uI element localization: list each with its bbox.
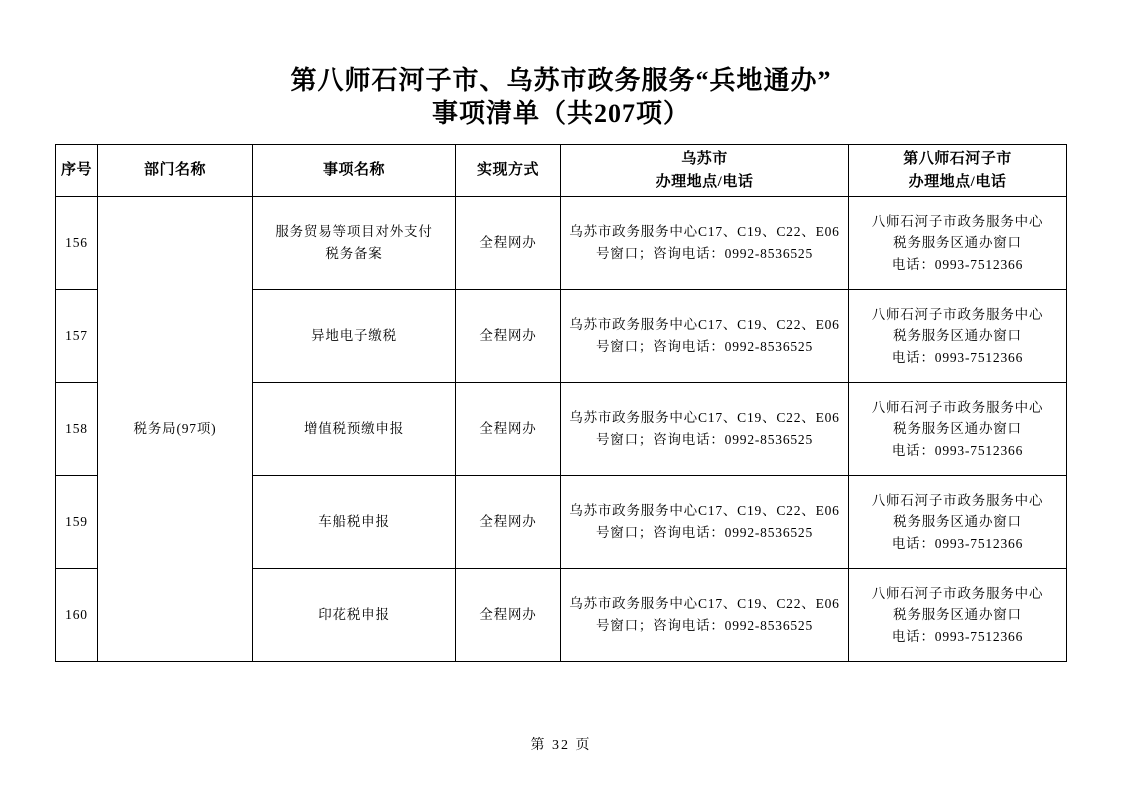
table-row: 156 税务局(97项) 服务贸易等项目对外支付 税务备案 全程网办 乌苏市政务… bbox=[56, 197, 1067, 290]
page-number: 第 32 页 bbox=[0, 734, 1122, 754]
cell-index: 159 bbox=[56, 476, 98, 569]
title-line-2: 事项清单（共207项） bbox=[0, 97, 1122, 130]
header-shihezi-location: 第八师石河子市 办理地点/电话 bbox=[849, 145, 1067, 197]
cell-wusu-location: 乌苏市政务服务中心C17、C19、C22、E06 号窗口；咨询电话：0992-8… bbox=[561, 569, 849, 662]
cell-item-name: 增值税预缴申报 bbox=[253, 383, 456, 476]
header-method: 实现方式 bbox=[456, 145, 561, 197]
cell-item-name: 车船税申报 bbox=[253, 476, 456, 569]
header-department-name: 部门名称 bbox=[98, 145, 253, 197]
cell-index: 157 bbox=[56, 290, 98, 383]
cell-index: 158 bbox=[56, 383, 98, 476]
cell-shihezi-location: 八师石河子市政务服务中心 税务服务区通办窗口 电话：0993-7512366 bbox=[849, 476, 1067, 569]
cell-shihezi-location: 八师石河子市政务服务中心 税务服务区通办窗口 电话：0993-7512366 bbox=[849, 197, 1067, 290]
cell-method: 全程网办 bbox=[456, 383, 561, 476]
cell-department: 税务局(97项) bbox=[98, 197, 253, 662]
cell-item-name: 印花税申报 bbox=[253, 569, 456, 662]
cell-index: 160 bbox=[56, 569, 98, 662]
document-page: 第八师石河子市、乌苏市政务服务“兵地通办” 事项清单（共207项） 序号 部门名… bbox=[0, 0, 1122, 793]
cell-wusu-location: 乌苏市政务服务中心C17、C19、C22、E06 号窗口；咨询电话：0992-8… bbox=[561, 383, 849, 476]
header-wusu-location: 乌苏市 办理地点/电话 bbox=[561, 145, 849, 197]
cell-wusu-location: 乌苏市政务服务中心C17、C19、C22、E06 号窗口；咨询电话：0992-8… bbox=[561, 476, 849, 569]
service-items-table: 序号 部门名称 事项名称 实现方式 乌苏市 办理地点/电话 第八师石河子市 办理… bbox=[55, 144, 1067, 662]
cell-method: 全程网办 bbox=[456, 197, 561, 290]
cell-method: 全程网办 bbox=[456, 476, 561, 569]
title-line-1: 第八师石河子市、乌苏市政务服务“兵地通办” bbox=[0, 64, 1122, 97]
cell-method: 全程网办 bbox=[456, 569, 561, 662]
cell-shihezi-location: 八师石河子市政务服务中心 税务服务区通办窗口 电话：0993-7512366 bbox=[849, 569, 1067, 662]
cell-wusu-location: 乌苏市政务服务中心C17、C19、C22、E06 号窗口；咨询电话：0992-8… bbox=[561, 197, 849, 290]
header-index: 序号 bbox=[56, 145, 98, 197]
document-title: 第八师石河子市、乌苏市政务服务“兵地通办” 事项清单（共207项） bbox=[0, 0, 1122, 130]
header-row: 序号 部门名称 事项名称 实现方式 乌苏市 办理地点/电话 第八师石河子市 办理… bbox=[56, 145, 1067, 197]
cell-shihezi-location: 八师石河子市政务服务中心 税务服务区通办窗口 电话：0993-7512366 bbox=[849, 383, 1067, 476]
cell-item-name: 服务贸易等项目对外支付 税务备案 bbox=[253, 197, 456, 290]
cell-shihezi-location: 八师石河子市政务服务中心 税务服务区通办窗口 电话：0993-7512366 bbox=[849, 290, 1067, 383]
cell-index: 156 bbox=[56, 197, 98, 290]
cell-item-name: 异地电子缴税 bbox=[253, 290, 456, 383]
cell-method: 全程网办 bbox=[456, 290, 561, 383]
header-item-name: 事项名称 bbox=[253, 145, 456, 197]
cell-wusu-location: 乌苏市政务服务中心C17、C19、C22、E06 号窗口；咨询电话：0992-8… bbox=[561, 290, 849, 383]
